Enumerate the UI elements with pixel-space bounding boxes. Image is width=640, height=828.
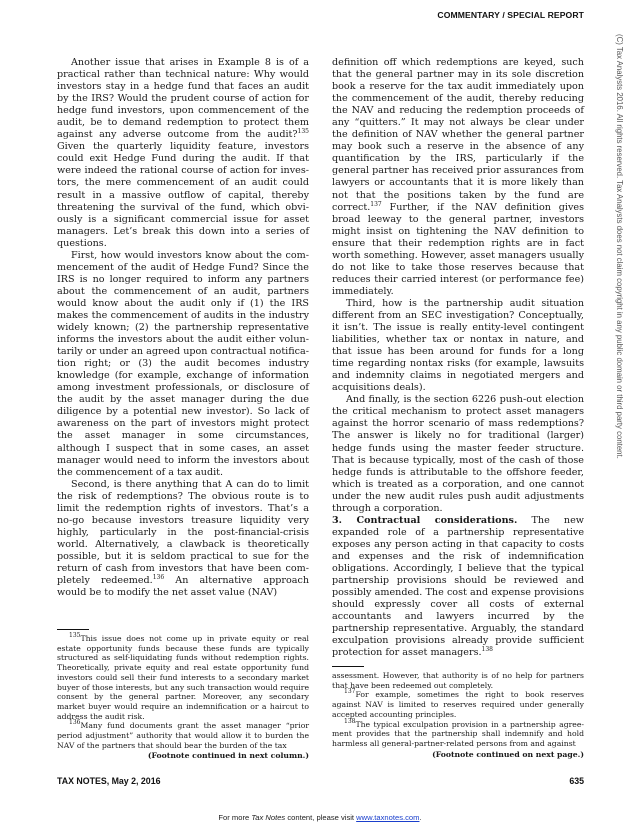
body-paragraph: Third, how is the partnership audit situ… bbox=[332, 298, 584, 394]
left-column: Another issue that arises in Example 8 i… bbox=[57, 57, 309, 599]
footnotes-right: assessment. However, that authority is o… bbox=[332, 671, 584, 759]
body-paragraph: First, how would investors know about th… bbox=[57, 250, 309, 479]
paragraph-text: Further, if the NAV definition gives bro… bbox=[332, 202, 584, 297]
paragraph-text: definition off which redemptions are key… bbox=[332, 57, 584, 213]
running-head: COMMENTARY / SPECIAL REPORT bbox=[437, 10, 584, 20]
promo-prefix: For more bbox=[218, 813, 251, 822]
paragraph-text: Another issue that arises in Example 8 i… bbox=[57, 57, 309, 140]
footnote-divider bbox=[332, 666, 364, 667]
body-paragraph: And finally, is the section 6226 push-ou… bbox=[332, 394, 584, 514]
section-heading: 3. Contractual considerations. bbox=[332, 515, 517, 526]
footnote-continued-note: (Footnote continued on next page.) bbox=[332, 750, 584, 760]
footnote-continued-note: (Footnote continued in next column.) bbox=[57, 751, 309, 761]
page-number: 635 bbox=[569, 776, 584, 786]
paragraph-text: The new expanded role of a partnership r… bbox=[332, 515, 584, 659]
footnote-continuation: assessment. However, that authority is o… bbox=[332, 671, 584, 690]
footnote-ref[interactable]: 135 bbox=[298, 128, 309, 135]
promo-italic: Tax Notes bbox=[251, 813, 285, 822]
footnote-138: 138The typical exculpation provision in … bbox=[332, 720, 584, 749]
footnote-text: The typical exculpation provision in a p… bbox=[332, 720, 584, 748]
promo-line: For more Tax Notes content, please visit… bbox=[0, 813, 640, 822]
paragraph-text: Second, is there anything that A can do … bbox=[57, 479, 309, 586]
body-paragraph: Another issue that arises in Example 8 i… bbox=[57, 57, 309, 250]
footnote-ref[interactable]: 137 bbox=[370, 201, 381, 208]
footnote-number: 135 bbox=[69, 632, 80, 639]
footnote-136: 136Many fund documents grant the asset m… bbox=[57, 721, 309, 750]
copyright-notice: (C) Tax Analysts 2016. All rights reserv… bbox=[612, 34, 624, 614]
taxnotes-link[interactable]: www.taxnotes.com bbox=[356, 813, 419, 822]
promo-suffix: . bbox=[419, 813, 421, 822]
footnotes-left: 135This issue does not come up in privat… bbox=[57, 634, 309, 761]
body-paragraph: definition off which redemptions are key… bbox=[332, 57, 584, 298]
publication-footer: TAX NOTES, May 2, 2016 bbox=[57, 776, 160, 786]
footnote-ref[interactable]: 138 bbox=[482, 646, 493, 653]
promo-middle: content, please visit bbox=[285, 813, 356, 822]
footnote-text: This issue does not come up in private e… bbox=[57, 634, 309, 721]
section-paragraph: 3. Contractual considerations. The new e… bbox=[332, 515, 584, 660]
footnote-divider bbox=[57, 629, 89, 630]
footnote-number: 138 bbox=[344, 718, 355, 725]
paragraph-text: Given the quarterly liquidity feature, i… bbox=[57, 141, 309, 248]
footnote-text: For example, sometimes the right to book… bbox=[332, 690, 584, 718]
right-column: definition off which redemptions are key… bbox=[332, 57, 584, 659]
footnote-number: 136 bbox=[69, 719, 80, 726]
body-paragraph: Second, is there anything that A can do … bbox=[57, 479, 309, 599]
footnote-137: 137For example, sometimes the right to b… bbox=[332, 690, 584, 719]
footnote-ref[interactable]: 136 bbox=[153, 574, 164, 581]
footnote-135: 135This issue does not come up in privat… bbox=[57, 634, 309, 721]
footnote-number: 137 bbox=[344, 688, 355, 695]
footnote-text: Many fund documents grant the asset mana… bbox=[57, 721, 309, 749]
